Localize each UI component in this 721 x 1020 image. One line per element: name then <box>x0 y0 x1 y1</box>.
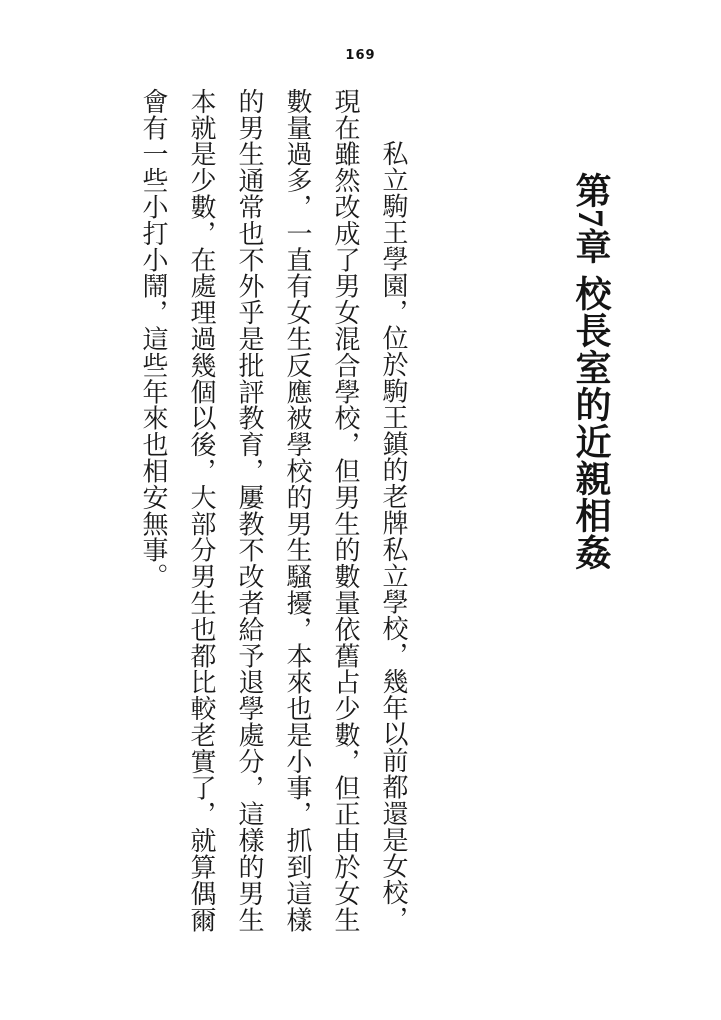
text-column-5: 本就是少數，在處理過幾個以後，大部分男生也都比較老實了，就算偶爾 <box>177 88 225 933</box>
text-column-1: 私立駒王學園，位於駒王鎮的老牌私立學校，幾年以前都還是女校， <box>369 88 417 932</box>
body-paragraph: 私立駒王學園，位於駒王鎮的老牌私立學校，幾年以前都還是女校， 現在雖然改成了男女… <box>129 88 417 933</box>
text-column-2: 現在雖然改成了男女混合學校，但男生的數量依舊占少數，但正由於女生 <box>321 88 369 933</box>
text-column-3: 數量過多，一直有女生反應被學校的男生騷擾，本來也是小事，抓到這樣 <box>273 88 321 933</box>
text-column-4: 的男生通常也不外乎是批評教育，屢教不改者給予退學處分，這樣的男生 <box>225 88 273 933</box>
book-page: 169 第7章 校長室的近親相姦 私立駒王學園，位於駒王鎮的老牌私立學校，幾年以… <box>0 0 721 1020</box>
chapter-title: 第7章 校長室的近親相姦 <box>566 172 617 571</box>
page-number: 169 <box>0 48 721 63</box>
text-column-6: 會有一些小打小鬧，這些年來也相安無事。 <box>129 88 177 590</box>
